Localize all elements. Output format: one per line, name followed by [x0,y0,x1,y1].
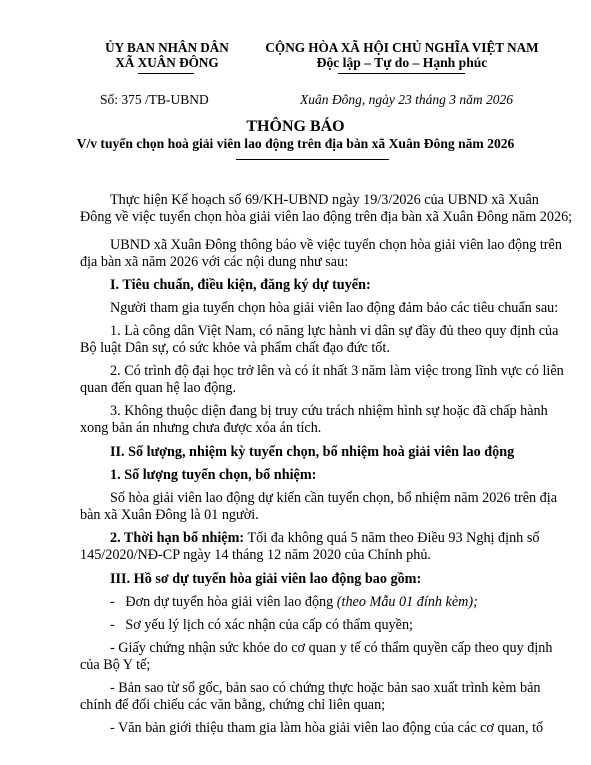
heading-text: I. Tiêu chuẩn, điều kiện, đăng ký dự tuy… [80,277,527,294]
dash-bullet: - [110,594,115,610]
section-1-lead: Người tham gia tuyển chọn hòa giải viên … [80,300,527,317]
text-line: xong bản án nhưng chưa được xóa án tích. [80,420,527,437]
text-line: 3. Không thuộc diện đang bị truy cứu trá… [80,403,527,420]
item-text: Sơ yếu lý lịch có xác nhận của cấp có th… [125,617,413,633]
intro-paragraph-1: Thực hiện Kế hoạch số 69/KH-UBND ngày 19… [80,192,527,226]
text-line: Đông về việc tuyển chọn hòa giải viên la… [80,209,527,226]
section-2-sub1-heading: 1. Số lượng tuyển chọn, bổ nhiệm: [80,467,527,484]
dossier-item-1: - Đơn dự tuyển hòa giải viên lao động (t… [80,594,527,611]
dossier-item-4: - Bản sao từ sổ gốc, bản sao có chứng th… [80,680,527,714]
national-motto: Độc lập – Tự do – Hạnh phúc [262,55,542,70]
text-line: địa bàn xã năm 2026 với các nội dung như… [80,254,527,271]
intro-paragraph-2: UBND xã Xuân Đông thông báo về việc tuyể… [80,237,527,271]
text-line: bàn xã Xuân Đông là 01 người. [80,507,527,524]
document-title: THÔNG BÁO [0,118,591,136]
section-2-sub2: 2. Thời hạn bổ nhiệm: Tối đa không quá 5… [80,530,527,564]
dash-bullet: - [110,617,115,633]
document-number: Số: 375 /TB-UBND [100,92,209,108]
document-date: Xuân Đông, ngày 23 tháng 3 năm 2026 [300,92,513,108]
sub2-label: 2. Thời hạn bổ nhiệm: [110,530,244,546]
criterion-1: 1. Là công dân Việt Nam, có năng lực hàn… [80,323,527,357]
section-2-heading: II. Số lượng, nhiệm kỳ tuyển chọn, bổ nh… [80,444,527,461]
agency-line2: XÃ XUÂN ĐÔNG [92,55,242,70]
text-line: của Bộ Y tế; [80,657,527,674]
national-title-line1: CỘNG HÒA XÃ HỘI CHỦ NGHĨA VIỆT NAM [262,40,542,55]
agency-name: ỦY BAN NHÂN DÂN XÃ XUÂN ĐÔNG [92,40,242,70]
text-line: 1. Là công dân Việt Nam, có năng lực hàn… [80,323,527,340]
text-line: 145/2020/NĐ-CP ngày 14 tháng 12 năm 2020… [80,547,527,564]
subject-underline [236,159,389,160]
text-line: 2. Thời hạn bổ nhiệm: Tối đa không quá 5… [80,530,527,547]
criterion-3: 3. Không thuộc diện đang bị truy cứu trá… [80,403,527,437]
text-line: 2. Có trình độ đại học trở lên và có ít … [80,363,527,380]
text-line: - Bản sao từ sổ gốc, bản sao có chứng th… [80,680,527,697]
text-line: Bộ luật Dân sự, có sức khỏe và phẩm chất… [80,340,527,357]
national-title: CỘNG HÒA XÃ HỘI CHỦ NGHĨA VIỆT NAM Độc l… [262,40,542,70]
text-line: Thực hiện Kế hoạch số 69/KH-UBND ngày 19… [80,192,527,209]
text-line: Người tham gia tuyển chọn hòa giải viên … [80,300,527,317]
text-line: UBND xã Xuân Đông thông báo về việc tuyể… [80,237,527,254]
section-1-heading: I. Tiêu chuẩn, điều kiện, đăng ký dự tuy… [80,277,527,294]
text-line: chính để đối chiếu các văn bằng, chứng c… [80,697,527,714]
text-line: - Giấy chứng nhận sức khỏe do cơ quan y … [80,640,527,657]
text-line: - Văn bản giới thiệu tham gia làm hòa gi… [80,720,527,737]
item-note: (theo Mẫu 01 đính kèm); [337,594,478,610]
text-line: Số hòa giải viên lao động dự kiến cần tu… [80,490,527,507]
section-3-heading: III. Hồ sơ dự tuyển hòa giải viên lao độ… [80,571,527,588]
criterion-2: 2. Có trình độ đại học trở lên và có ít … [80,363,527,397]
document-subject: V/v tuyển chọn hoà giải viên lao động tr… [0,136,591,152]
agency-underline [138,73,194,74]
dossier-item-5: - Văn bản giới thiệu tham gia làm hòa gi… [80,720,527,737]
section-2-sub1-text: Số hòa giải viên lao động dự kiến cần tu… [80,490,527,524]
heading-text: II. Số lượng, nhiệm kỳ tuyển chọn, bổ nh… [80,444,527,461]
text-line: - Sơ yếu lý lịch có xác nhận của cấp có … [80,617,527,634]
heading-text: III. Hồ sơ dự tuyển hòa giải viên lao độ… [80,571,527,588]
text-line: quan đến quan hệ lao động. [80,380,527,397]
agency-line1: ỦY BAN NHÂN DÂN [92,40,242,55]
dossier-item-3: - Giấy chứng nhận sức khỏe do cơ quan y … [80,640,527,674]
item-text: Đơn dự tuyển hòa giải viên lao động [125,594,336,610]
document-page: ỦY BAN NHÂN DÂN XÃ XUÂN ĐÔNG Số: 375 /TB… [0,0,591,765]
heading-text: 1. Số lượng tuyển chọn, bổ nhiệm: [80,467,527,484]
motto-underline [338,73,465,74]
dossier-item-2: - Sơ yếu lý lịch có xác nhận của cấp có … [80,617,527,634]
sub2-text: Tối đa không quá 5 năm theo Điều 93 Nghị… [244,530,539,546]
text-line: - Đơn dự tuyển hòa giải viên lao động (t… [80,594,527,611]
